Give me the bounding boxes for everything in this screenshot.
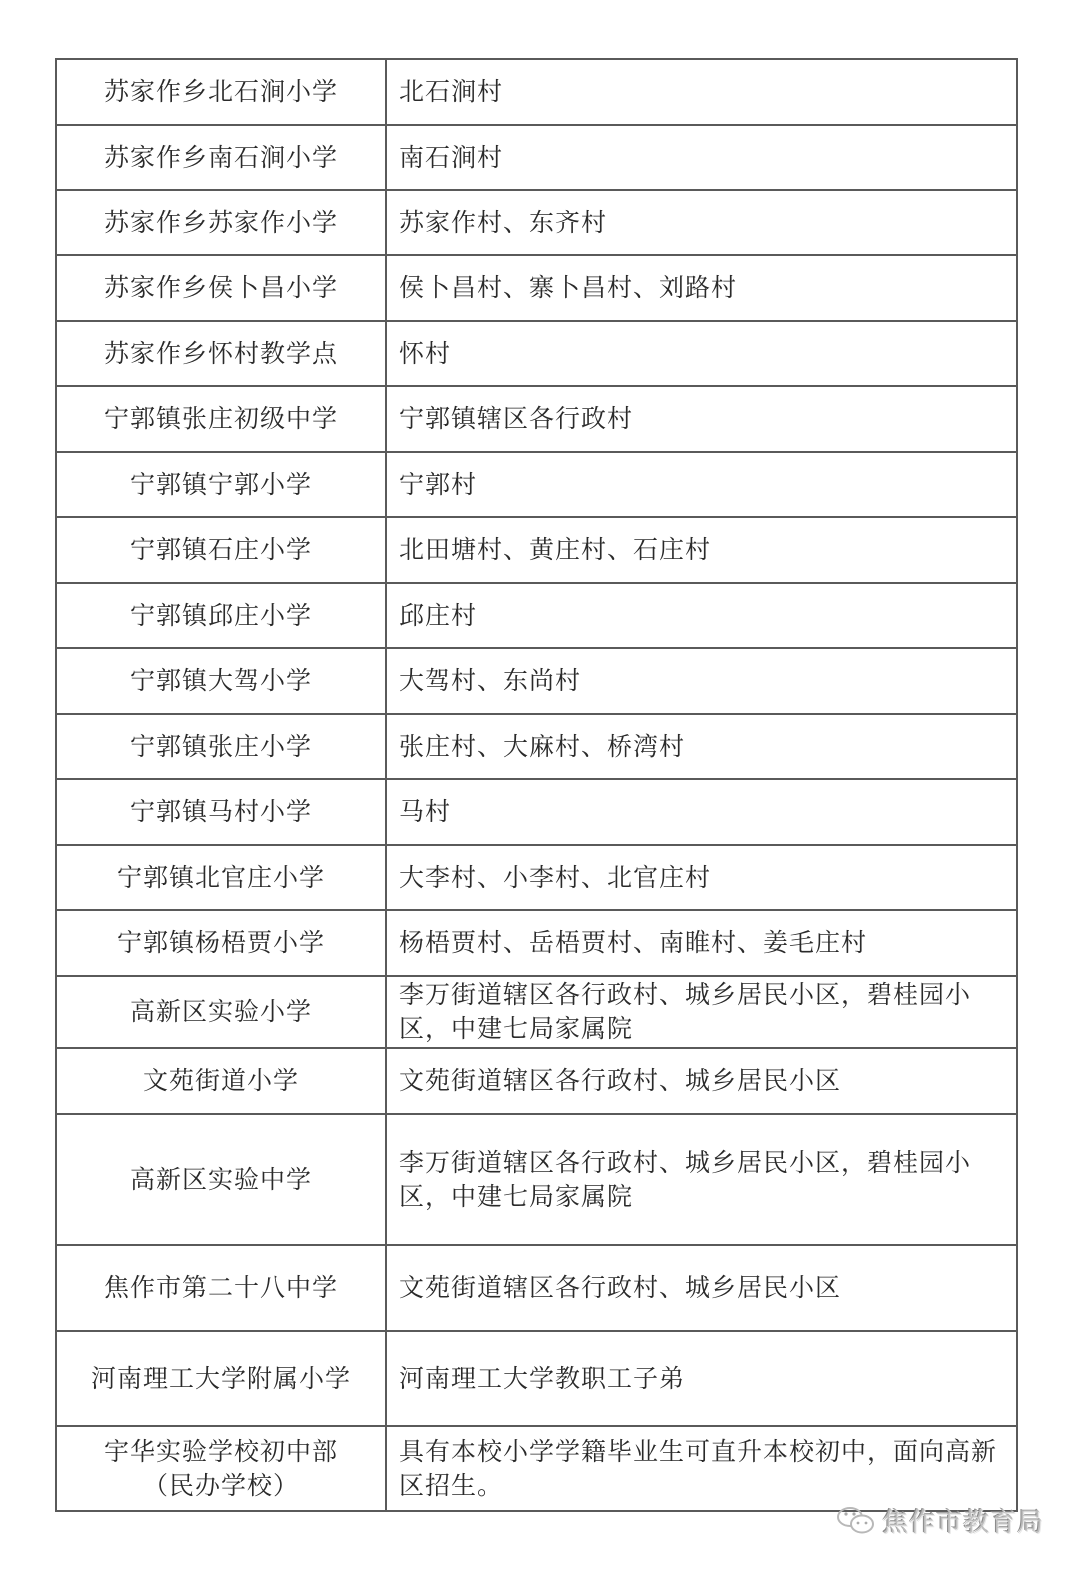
table-body: 苏家作乡北石涧小学北石涧村苏家作乡南石涧小学南石涧村苏家作乡苏家作小学苏家作村、… xyxy=(56,59,1017,1511)
table-row: 宁郭镇马村小学马村 xyxy=(56,779,1017,845)
table-row: 焦作市第二十八中学文苑街道辖区各行政村、城乡居民小区 xyxy=(56,1245,1017,1331)
table-row: 苏家作乡侯卜昌小学侯卜昌村、寨卜昌村、刘路村 xyxy=(56,255,1017,321)
table-row: 河南理工大学附属小学河南理工大学教职工子弟 xyxy=(56,1331,1017,1426)
table-row: 宁郭镇石庄小学北田塘村、黄庄村、石庄村 xyxy=(56,517,1017,583)
catchment-area-cell: 张庄村、大麻村、桥湾村 xyxy=(386,714,1017,779)
school-name-cell: 宁郭镇张庄初级中学 xyxy=(56,386,386,452)
table-row: 苏家作乡怀村教学点怀村 xyxy=(56,321,1017,386)
catchment-area-cell: 怀村 xyxy=(386,321,1017,386)
school-name-cell: 宁郭镇张庄小学 xyxy=(56,714,386,779)
school-name-cell: 苏家作乡侯卜昌小学 xyxy=(56,255,386,321)
catchment-area-cell: 具有本校小学学籍毕业生可直升本校初中，面向高新区招生。 xyxy=(386,1426,1017,1511)
table-row: 宁郭镇大驾小学大驾村、东尚村 xyxy=(56,648,1017,714)
catchment-area-cell: 南石涧村 xyxy=(386,125,1017,190)
catchment-area-cell: 大驾村、东尚村 xyxy=(386,648,1017,714)
school-name-cell: 焦作市第二十八中学 xyxy=(56,1245,386,1331)
school-name-cell: 文苑街道小学 xyxy=(56,1048,386,1114)
school-name-cell: 宁郭镇马村小学 xyxy=(56,779,386,845)
catchment-area-cell: 河南理工大学教职工子弟 xyxy=(386,1331,1017,1426)
school-name-cell: 宁郭镇邱庄小学 xyxy=(56,583,386,648)
catchment-area-cell: 李万街道辖区各行政村、城乡居民小区，碧桂园小区，中建七局家属院 xyxy=(386,976,1017,1048)
catchment-area-cell: 文苑街道辖区各行政村、城乡居民小区 xyxy=(386,1245,1017,1331)
table-row: 高新区实验中学李万街道辖区各行政村、城乡居民小区，碧桂园小区，中建七局家属院 xyxy=(56,1114,1017,1245)
table-row: 文苑街道小学文苑街道辖区各行政村、城乡居民小区 xyxy=(56,1048,1017,1114)
catchment-area-cell: 文苑街道辖区各行政村、城乡居民小区 xyxy=(386,1048,1017,1114)
school-district-table: 苏家作乡北石涧小学北石涧村苏家作乡南石涧小学南石涧村苏家作乡苏家作小学苏家作村、… xyxy=(55,58,1018,1512)
table-row: 苏家作乡苏家作小学苏家作村、东齐村 xyxy=(56,190,1017,255)
school-name-cell: 宁郭镇大驾小学 xyxy=(56,648,386,714)
watermark: 焦作市教育局 xyxy=(836,1502,1044,1539)
catchment-area-cell: 邱庄村 xyxy=(386,583,1017,648)
table-row: 宁郭镇宁郭小学宁郭村 xyxy=(56,452,1017,517)
catchment-area-cell: 宁郭村 xyxy=(386,452,1017,517)
table-row: 宁郭镇邱庄小学邱庄村 xyxy=(56,583,1017,648)
table-row: 苏家作乡北石涧小学北石涧村 xyxy=(56,59,1017,125)
catchment-area-cell: 李万街道辖区各行政村、城乡居民小区，碧桂园小区，中建七局家属院 xyxy=(386,1114,1017,1245)
school-name-cell: 苏家作乡南石涧小学 xyxy=(56,125,386,190)
catchment-area-cell: 大李村、小李村、北官庄村 xyxy=(386,845,1017,910)
table-row: 苏家作乡南石涧小学南石涧村 xyxy=(56,125,1017,190)
catchment-area-cell: 北田塘村、黄庄村、石庄村 xyxy=(386,517,1017,583)
table-row: 高新区实验小学李万街道辖区各行政村、城乡居民小区，碧桂园小区，中建七局家属院 xyxy=(56,976,1017,1048)
catchment-area-cell: 杨梧贾村、岳梧贾村、南睢村、姜毛庄村 xyxy=(386,910,1017,976)
wechat-icon xyxy=(836,1505,876,1537)
table-row: 宁郭镇张庄初级中学宁郭镇辖区各行政村 xyxy=(56,386,1017,452)
table-row: 宁郭镇杨梧贾小学杨梧贾村、岳梧贾村、南睢村、姜毛庄村 xyxy=(56,910,1017,976)
table-row: 宁郭镇北官庄小学大李村、小李村、北官庄村 xyxy=(56,845,1017,910)
catchment-area-cell: 苏家作村、东齐村 xyxy=(386,190,1017,255)
watermark-text: 焦作市教育局 xyxy=(882,1502,1044,1539)
school-name-cell: 宁郭镇石庄小学 xyxy=(56,517,386,583)
catchment-area-cell: 马村 xyxy=(386,779,1017,845)
school-name-cell: 苏家作乡怀村教学点 xyxy=(56,321,386,386)
school-name-cell: 宁郭镇宁郭小学 xyxy=(56,452,386,517)
table-row: 宁郭镇张庄小学张庄村、大麻村、桥湾村 xyxy=(56,714,1017,779)
school-name-cell: 苏家作乡苏家作小学 xyxy=(56,190,386,255)
school-name-cell: 宇华实验学校初中部（民办学校） xyxy=(56,1426,386,1511)
school-name-cell: 宁郭镇北官庄小学 xyxy=(56,845,386,910)
school-name-cell: 宁郭镇杨梧贾小学 xyxy=(56,910,386,976)
catchment-area-cell: 北石涧村 xyxy=(386,59,1017,125)
school-name-cell: 河南理工大学附属小学 xyxy=(56,1331,386,1426)
school-name-cell: 高新区实验中学 xyxy=(56,1114,386,1245)
catchment-area-cell: 侯卜昌村、寨卜昌村、刘路村 xyxy=(386,255,1017,321)
catchment-area-cell: 宁郭镇辖区各行政村 xyxy=(386,386,1017,452)
school-name-cell: 高新区实验小学 xyxy=(56,976,386,1048)
school-name-cell: 苏家作乡北石涧小学 xyxy=(56,59,386,125)
table-row: 宇华实验学校初中部（民办学校）具有本校小学学籍毕业生可直升本校初中，面向高新区招… xyxy=(56,1426,1017,1511)
